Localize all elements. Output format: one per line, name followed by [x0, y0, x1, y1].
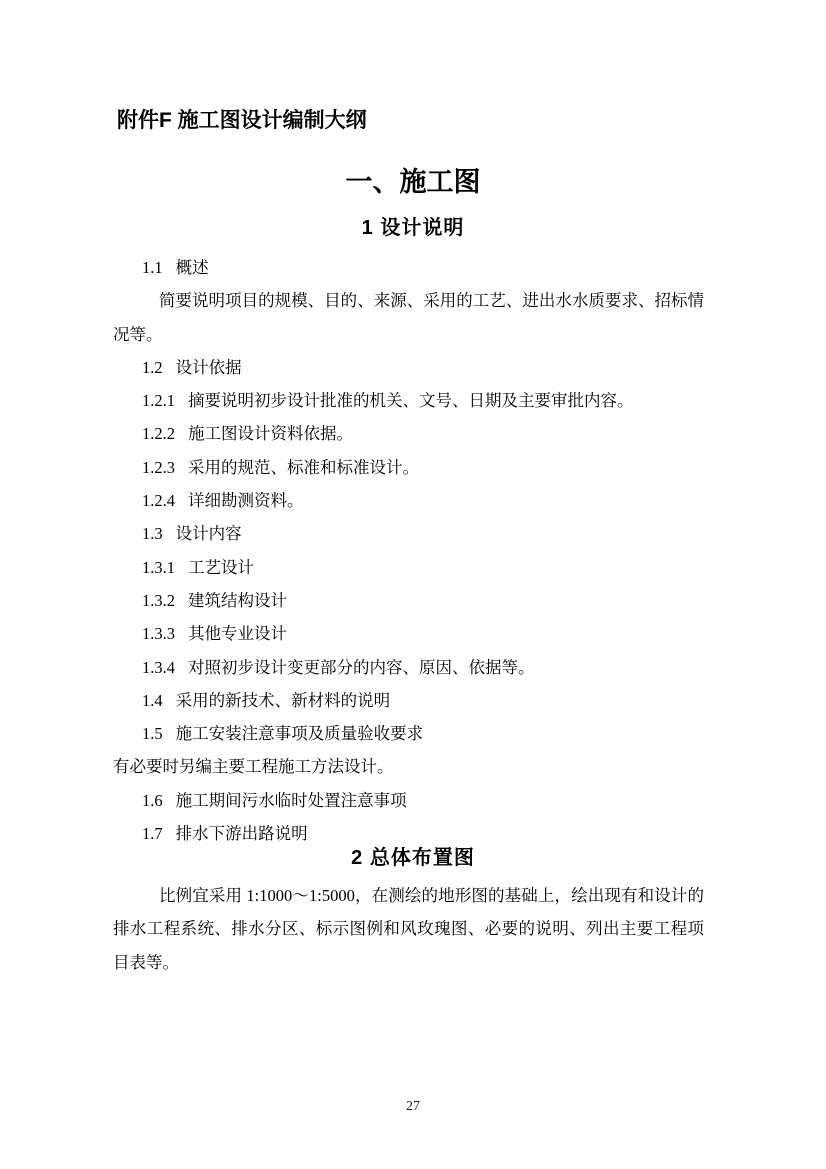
doc-line: 简要说明项目的规模、目的、来源、采用的工艺、进出水水质要求、招标情	[113, 284, 704, 317]
document-page: 附件F 施工图设计编制大纲 一、施工图 1 设计说明 1.1概述简要说明项目的规…	[0, 0, 826, 1169]
item-number: 1.1	[142, 251, 163, 284]
attachment-heading: 附件F 施工图设计编制大纲	[117, 108, 367, 133]
line-text: 详细勘测资料。	[188, 491, 304, 510]
line-text: 建筑结构设计	[188, 591, 287, 610]
doc-line: 目表等。	[113, 946, 704, 979]
doc-line: 1.3.1工艺设计	[113, 551, 704, 584]
doc-line: 1.2.3采用的规范、标准和标准设计。	[113, 451, 704, 484]
doc-line: 1.3.4对照初步设计变更部分的内容、原因、依据等。	[113, 651, 704, 684]
doc-line: 1.6施工期间污水临时处置注意事项	[113, 784, 704, 817]
doc-line: 况等。	[113, 318, 704, 351]
line-text: 况等。	[113, 325, 163, 344]
line-text: 排水工程系统、排水分区、标示图例和风玫瑰图、必要的说明、列出主要工程项	[113, 919, 704, 938]
line-text: 对照初步设计变更部分的内容、原因、依据等。	[188, 658, 535, 677]
item-number: 1.3.3	[142, 617, 175, 650]
line-text: 采用的新技术、新材料的说明	[176, 691, 391, 710]
line-text: 施工期间污水临时处置注意事项	[176, 791, 407, 810]
item-number: 1.3.2	[142, 584, 175, 617]
item-number: 1.6	[142, 784, 163, 817]
doc-line: 比例宜采用 1:1000～1:5000，在测绘的地形图的基础上，绘出现有和设计的	[113, 879, 704, 912]
item-number: 1.5	[142, 717, 163, 750]
doc-line: 1.3.3其他专业设计	[113, 617, 704, 650]
line-text: 摘要说明初步设计批准的机关、文号、日期及主要审批内容。	[188, 391, 634, 410]
item-number: 1.4	[142, 684, 163, 717]
doc-line: 1.3设计内容	[113, 517, 704, 550]
item-number: 1.2.3	[142, 451, 175, 484]
line-text: 工艺设计	[188, 558, 254, 577]
line-text: 目表等。	[113, 953, 179, 972]
section-1-body: 1.1概述简要说明项目的规模、目的、来源、采用的工艺、进出水水质要求、招标情况等…	[113, 251, 704, 850]
line-text: 施工图设计资料依据。	[188, 424, 353, 443]
doc-line: 1.2.4详细勘测资料。	[113, 484, 704, 517]
item-number: 1.2	[142, 351, 163, 384]
section-2-body: 比例宜采用 1:1000～1:5000，在测绘的地形图的基础上，绘出现有和设计的…	[113, 879, 704, 979]
line-text: 施工安装注意事项及质量验收要求	[176, 724, 424, 743]
item-number: 1.2.2	[142, 417, 175, 450]
doc-line: 1.2.2施工图设计资料依据。	[113, 417, 704, 450]
doc-line: 1.2.1摘要说明初步设计批准的机关、文号、日期及主要审批内容。	[113, 384, 704, 417]
doc-line: 1.1概述	[113, 251, 704, 284]
item-number: 1.2.4	[142, 484, 175, 517]
line-text: 采用的规范、标准和标准设计。	[188, 458, 419, 477]
line-text: 简要说明项目的规模、目的、来源、采用的工艺、进出水水质要求、招标情	[159, 291, 704, 310]
item-number: 1.2.1	[142, 384, 175, 417]
item-number: 1.3.1	[142, 551, 175, 584]
line-text: 有必要时另编主要工程施工方法设计。	[113, 757, 394, 776]
line-text: 概述	[176, 258, 209, 277]
doc-line: 1.5施工安装注意事项及质量验收要求	[113, 717, 704, 750]
doc-line: 1.3.2建筑结构设计	[113, 584, 704, 617]
line-text: 设计依据	[176, 358, 242, 377]
doc-line: 排水工程系统、排水分区、标示图例和风玫瑰图、必要的说明、列出主要工程项	[113, 912, 704, 945]
item-number: 1.3.4	[142, 651, 175, 684]
line-text: 其他专业设计	[188, 624, 287, 643]
section-2-heading: 2 总体布置图	[0, 845, 826, 871]
item-number: 1.3	[142, 517, 163, 550]
doc-line: 有必要时另编主要工程施工方法设计。	[113, 750, 704, 783]
main-title: 一、施工图	[0, 165, 826, 199]
line-text: 比例宜采用 1:1000～1:5000，在测绘的地形图的基础上，绘出现有和设计的	[159, 886, 704, 905]
line-text: 排水下游出路说明	[176, 824, 308, 843]
page-number: 27	[0, 1098, 826, 1116]
doc-line: 1.4采用的新技术、新材料的说明	[113, 684, 704, 717]
section-1-heading: 1 设计说明	[0, 215, 826, 241]
doc-line: 1.2设计依据	[113, 351, 704, 384]
line-text: 设计内容	[176, 524, 242, 543]
